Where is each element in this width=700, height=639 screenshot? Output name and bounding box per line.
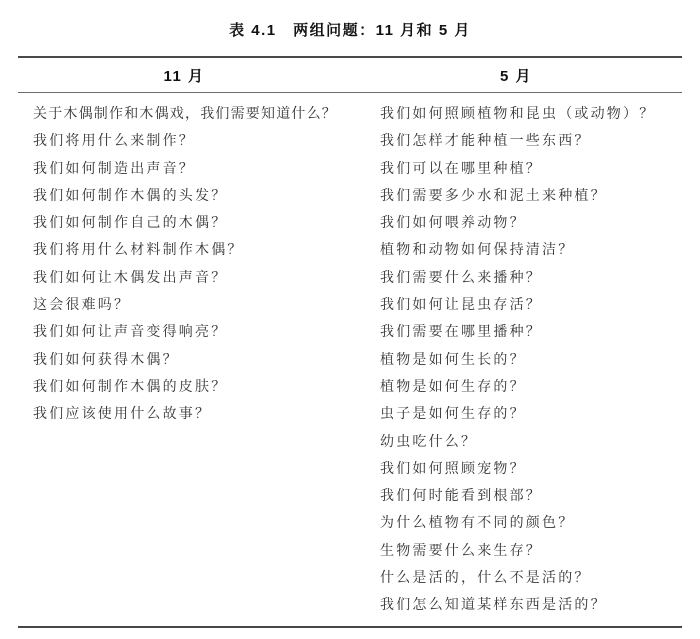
table-row: 植物是如何生长的？ (380, 347, 682, 374)
table-row: 我们应该使用什么故事？ (33, 401, 350, 428)
column-may: 我们如何照顾植物和昆虫（或动物）？我们怎样才能种植一些东西？我们可以在哪里种植？… (350, 101, 682, 620)
table-row: 幼虫吃什么？ (380, 429, 682, 456)
table-row: 我们如何制作木偶的皮肤？ (33, 374, 350, 401)
table-row: 我们需要多少水和泥土来种植？ (380, 183, 682, 210)
table-row: 关于木偶制作和木偶戏，我们需要知道什么？ (33, 101, 350, 128)
table-row: 我们如何让昆虫存活？ (380, 292, 682, 319)
table-row: 我们如何制作木偶的头发？ (33, 183, 350, 210)
table-header-row: 11 月 5 月 (18, 58, 682, 93)
table-row: 我们何时能看到根部？ (380, 483, 682, 510)
table-row: 我们如何让木偶发出声音？ (33, 265, 350, 292)
table-row: 我们可以在哪里种植？ (380, 156, 682, 183)
table-row: 植物和动物如何保持清洁？ (380, 237, 682, 264)
column-november: 关于木偶制作和木偶戏，我们需要知道什么？我们将用什么来制作？我们如何制造出声音？… (18, 101, 350, 620)
table-row: 我们需要什么来播种？ (380, 265, 682, 292)
table-row: 我们如何获得木偶？ (33, 347, 350, 374)
table-row: 我们如何喂养动物？ (380, 210, 682, 237)
table-row: 我们如何让声音变得响亮？ (33, 319, 350, 346)
table-body: 关于木偶制作和木偶戏，我们需要知道什么？我们将用什么来制作？我们如何制造出声音？… (18, 93, 682, 626)
table-row: 我们怎么知道某样东西是活的？ (380, 592, 682, 619)
column-header-november: 11 月 (18, 65, 350, 86)
table-row: 生物需要什么来生存？ (380, 538, 682, 565)
table-caption: 表 4.1 两组问题：11 月和 5 月 (0, 19, 700, 40)
table-row: 我们如何制造出声音？ (33, 156, 350, 183)
questions-table: 11 月 5 月 关于木偶制作和木偶戏，我们需要知道什么？我们将用什么来制作？我… (18, 56, 682, 628)
table-row: 我们如何照顾植物和昆虫（或动物）？ (380, 101, 682, 128)
table-row: 我们将用什么材料制作木偶？ (33, 237, 350, 264)
table-row: 我们需要在哪里播种？ (380, 319, 682, 346)
table-row: 虫子是如何生存的？ (380, 401, 682, 428)
table-row: 植物是如何生存的？ (380, 374, 682, 401)
table-row: 为什么植物有不同的颜色？ (380, 510, 682, 537)
table-row: 我们将用什么来制作？ (33, 128, 350, 155)
table-row: 我们怎样才能种植一些东西？ (380, 128, 682, 155)
table-row: 我们如何制作自己的木偶？ (33, 210, 350, 237)
table-row: 什么是活的，什么不是活的？ (380, 565, 682, 592)
table-row: 我们如何照顾宠物？ (380, 456, 682, 483)
table-row: 这会很难吗？ (33, 292, 350, 319)
column-header-may: 5 月 (350, 65, 682, 86)
